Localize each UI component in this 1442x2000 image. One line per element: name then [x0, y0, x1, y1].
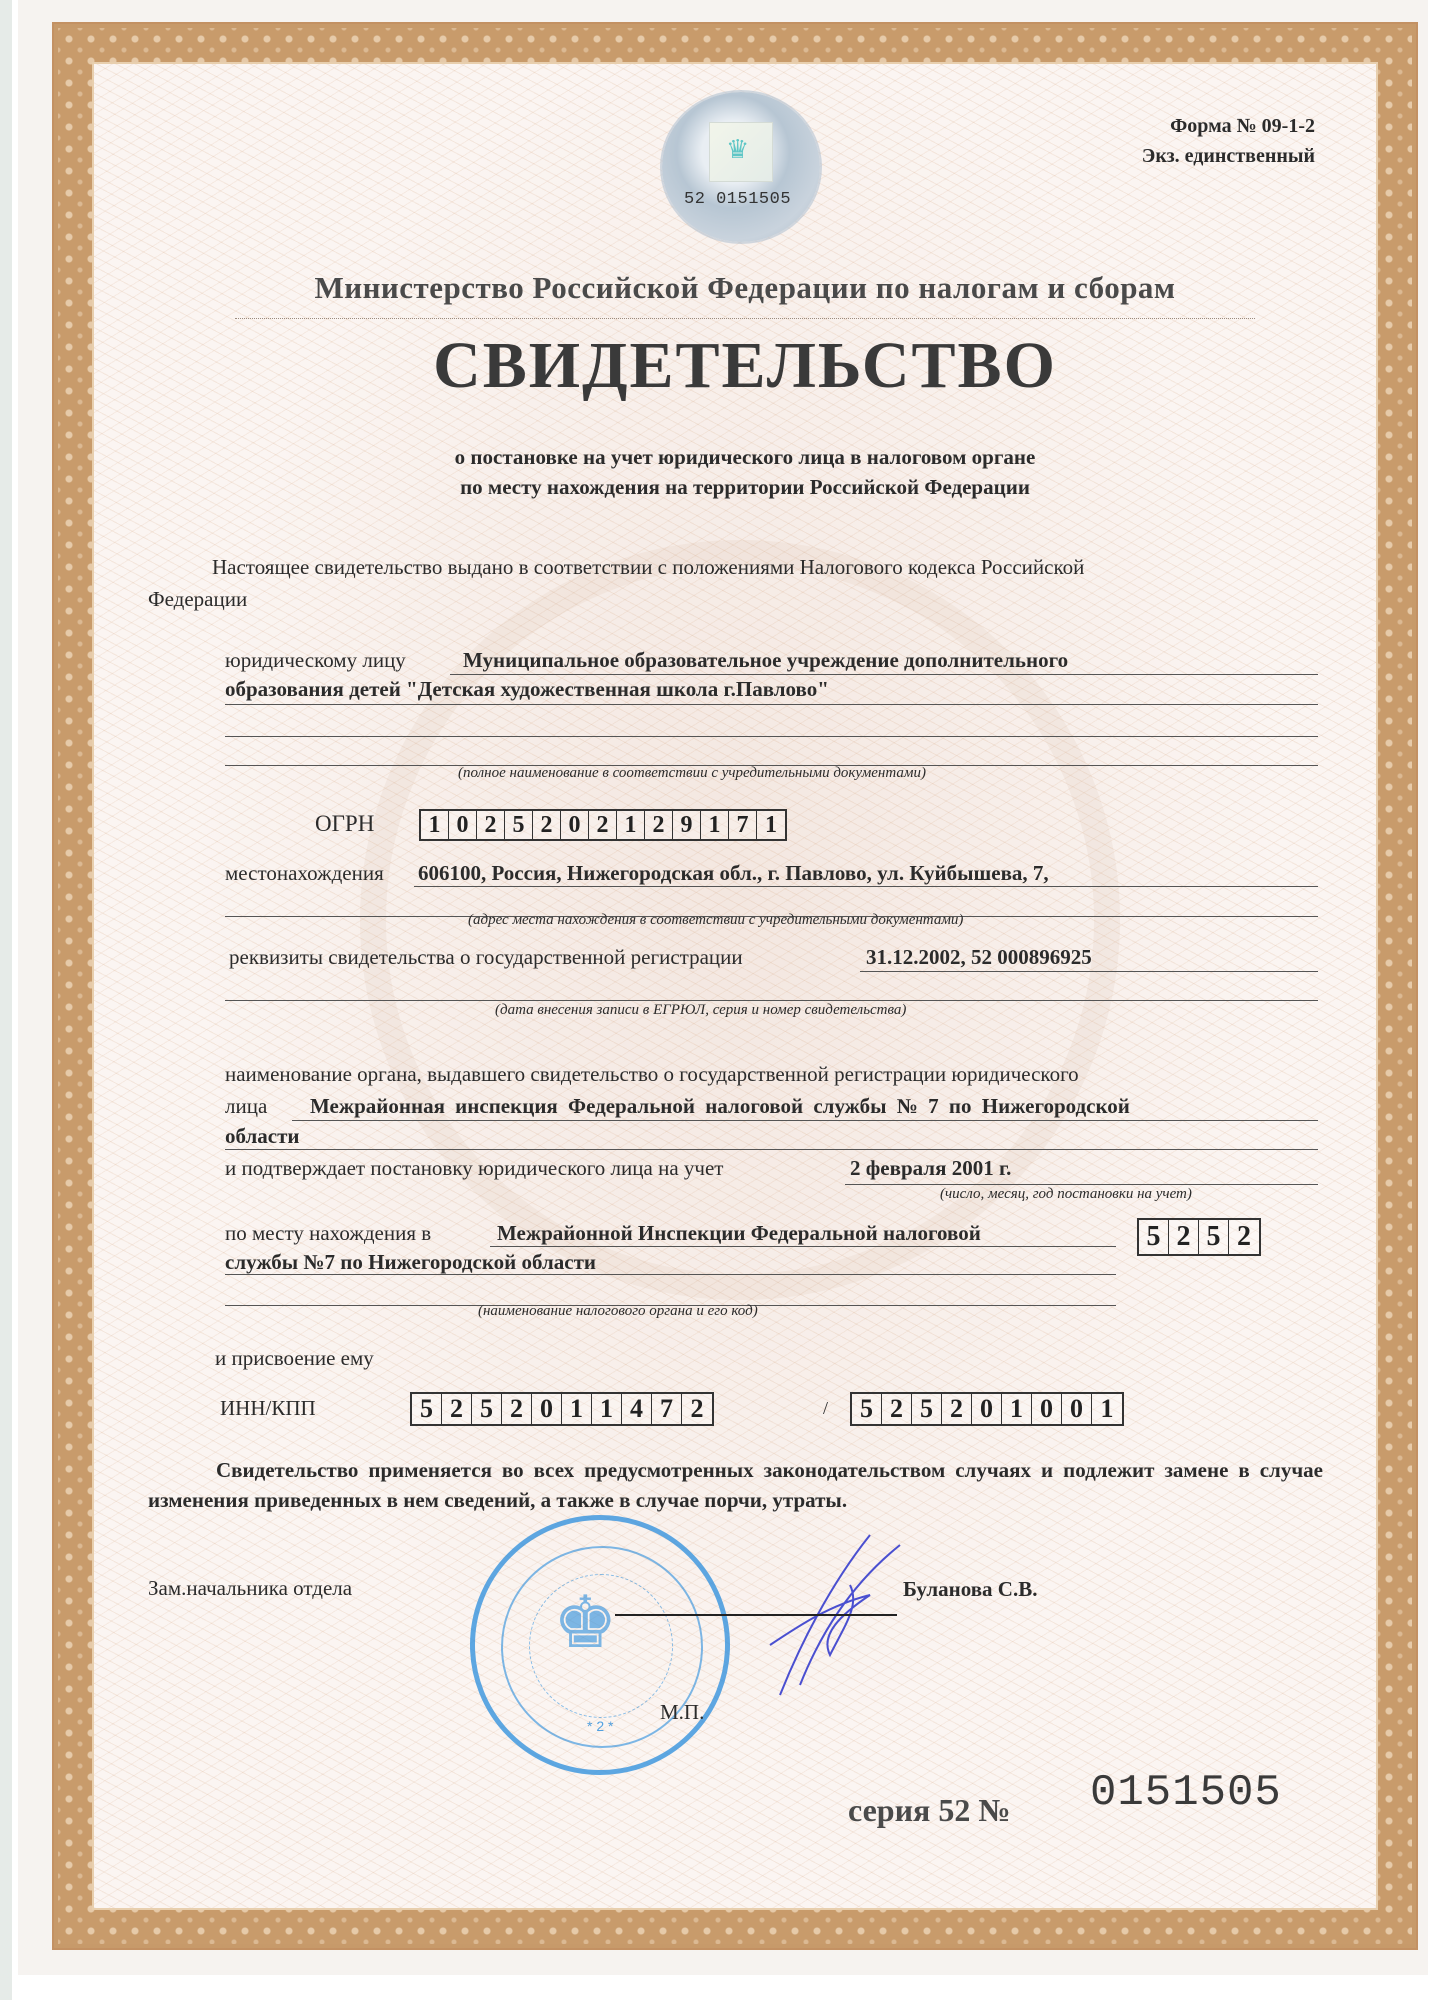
stamp-number: * 2 * [587, 1718, 613, 1734]
assignment-label: и присвоение ему [215, 1346, 374, 1371]
validity-paragraph: Свидетельство применяется во всех предус… [148, 1455, 1323, 1515]
signatory-position: Зам.начальника отдела [148, 1576, 352, 1601]
underline [490, 1246, 1116, 1247]
digit-box: 7 [729, 811, 757, 839]
registration-value: 31.12.2002, 52 000896925 [866, 945, 1092, 970]
underline [225, 1149, 1318, 1150]
legal-entity-label: юридическому лицу [225, 648, 406, 673]
digit-box: 1 [421, 811, 449, 839]
digit-box: 5 [412, 1394, 442, 1424]
digit-box: 5 [505, 811, 533, 839]
ministry-name: Министерство Российской Федерации по нал… [235, 270, 1255, 306]
digit-box: 5 [1199, 1220, 1229, 1254]
seal-placeholder: М.П. [660, 1700, 704, 1725]
registration-date-caption: (число, месяц, год постановки на учет) [940, 1186, 1192, 1203]
digit-box: 1 [592, 1394, 622, 1424]
subtitle-line-2: по месту нахождения на территории Россий… [235, 475, 1255, 500]
official-stamp: ♚ * 2 * [470, 1515, 730, 1775]
digit-box: 2 [682, 1394, 712, 1424]
intro-line-2: Федерации [148, 587, 247, 612]
digit-box: 5 [472, 1394, 502, 1424]
digit-box: 2 [1229, 1220, 1259, 1254]
digit-box: 5 [852, 1394, 882, 1424]
underline [225, 736, 1318, 737]
address-caption: (адрес места нахождения в соответствии с… [468, 912, 963, 929]
inn-digit-boxes: 5252011472 [410, 1392, 714, 1426]
underline [845, 1184, 1318, 1185]
emblem-icon: ♛ [726, 135, 749, 165]
digit-box: 2 [882, 1394, 912, 1424]
digit-box: 1 [701, 811, 729, 839]
ogrn-digit-boxes: 1025202129171 [419, 809, 787, 841]
digit-box: 2 [502, 1394, 532, 1424]
digit-box: 0 [561, 811, 589, 839]
scan-edge [0, 0, 12, 2000]
underline [292, 1120, 1318, 1121]
digit-box: 0 [1032, 1394, 1062, 1424]
form-number: Форма № 09-1-2 [1170, 115, 1315, 138]
digit-box: 7 [652, 1394, 682, 1424]
underline [225, 1000, 1318, 1001]
underline [450, 674, 1318, 675]
legal-entity-name-line-1: Муниципальное образовательное учреждение… [463, 648, 1068, 673]
address-value: 606100, Россия, Нижегородская обл., г. П… [418, 861, 1049, 886]
issuing-authority-label-1: наименование органа, выдавшего свидетель… [225, 1062, 1079, 1087]
legal-entity-name-line-2: образования детей "Детская художественна… [225, 677, 829, 702]
registration-caption: (дата внесения записи в ЕГРЮЛ, серия и н… [495, 1002, 906, 1019]
inn-kpp-separator: / [823, 1398, 828, 1419]
inn-kpp-label: ИНН/КПП [220, 1396, 316, 1421]
digit-box: 2 [942, 1394, 972, 1424]
underline [414, 886, 1318, 887]
digit-box: 1 [562, 1394, 592, 1424]
digit-box: 0 [1062, 1394, 1092, 1424]
address-label: местонахождения [225, 861, 384, 886]
registration-label: реквизиты свидетельства о государственно… [229, 945, 743, 970]
ogrn-label: ОГРН [315, 811, 374, 837]
tax-office-value-1: Межрайонной Инспекции Федеральной налого… [497, 1221, 981, 1246]
digit-box: 0 [532, 1394, 562, 1424]
hologram-emblem-panel: ♛ [709, 122, 773, 182]
registration-date-label: и подтверждает постановку юридического л… [225, 1156, 723, 1181]
tax-office-caption: (наименование налогового органа и его ко… [478, 1303, 758, 1320]
kpp-digit-boxes: 525201001 [850, 1392, 1124, 1426]
digit-box: 0 [972, 1394, 1002, 1424]
signature-line [615, 1614, 897, 1616]
digit-box: 2 [1169, 1220, 1199, 1254]
intro-line-1: Настоящее свидетельство выдано в соответ… [212, 555, 1084, 580]
tax-office-value-2: службы №7 по Нижегородской области [225, 1250, 596, 1275]
tax-office-label: по месту нахождения в [225, 1221, 431, 1246]
issuing-authority-value-2: области [225, 1124, 300, 1149]
digit-box: 5 [912, 1394, 942, 1424]
subtitle-line-1: о постановке на учет юридического лица в… [235, 445, 1255, 470]
signatory-name: Буланова С.В. [903, 1577, 1037, 1602]
serial-label: серия 52 № [848, 1792, 1011, 1829]
digit-box: 1 [757, 811, 785, 839]
digit-box: 0 [449, 811, 477, 839]
tax-office-code-boxes: 5252 [1137, 1218, 1261, 1256]
underline [225, 704, 1318, 705]
ministry-divider [235, 318, 1255, 319]
digit-box: 4 [622, 1394, 652, 1424]
hologram-number: 52 0151505 [684, 190, 791, 209]
digit-box: 2 [589, 811, 617, 839]
digit-box: 2 [645, 811, 673, 839]
digit-box: 2 [442, 1394, 472, 1424]
digit-box: 2 [533, 811, 561, 839]
double-headed-eagle-icon: ♚ [553, 1580, 618, 1665]
document-title: СВИДЕТЕЛЬСТВО [235, 328, 1255, 404]
digit-box: 1 [1002, 1394, 1032, 1424]
registration-date-value: 2 февраля 2001 г. [850, 1156, 1011, 1181]
digit-box: 2 [477, 811, 505, 839]
digit-box: 1 [1092, 1394, 1122, 1424]
digit-box: 1 [617, 811, 645, 839]
underline [860, 971, 1318, 972]
serial-number: 0151505 [1090, 1768, 1282, 1818]
underline [225, 1274, 1116, 1275]
issuing-authority-label-2: лица [225, 1094, 267, 1119]
legal-entity-caption: (полное наименование в соответствии с уч… [458, 765, 926, 782]
digit-box: 5 [1139, 1220, 1169, 1254]
hologram-seal: ♛ 52 0151505 [662, 92, 820, 242]
digit-box: 9 [673, 811, 701, 839]
issuing-authority-value-1: Межрайонная инспекция Федеральной налого… [310, 1094, 1130, 1119]
copy-note: Экз. единственный [1142, 145, 1315, 168]
